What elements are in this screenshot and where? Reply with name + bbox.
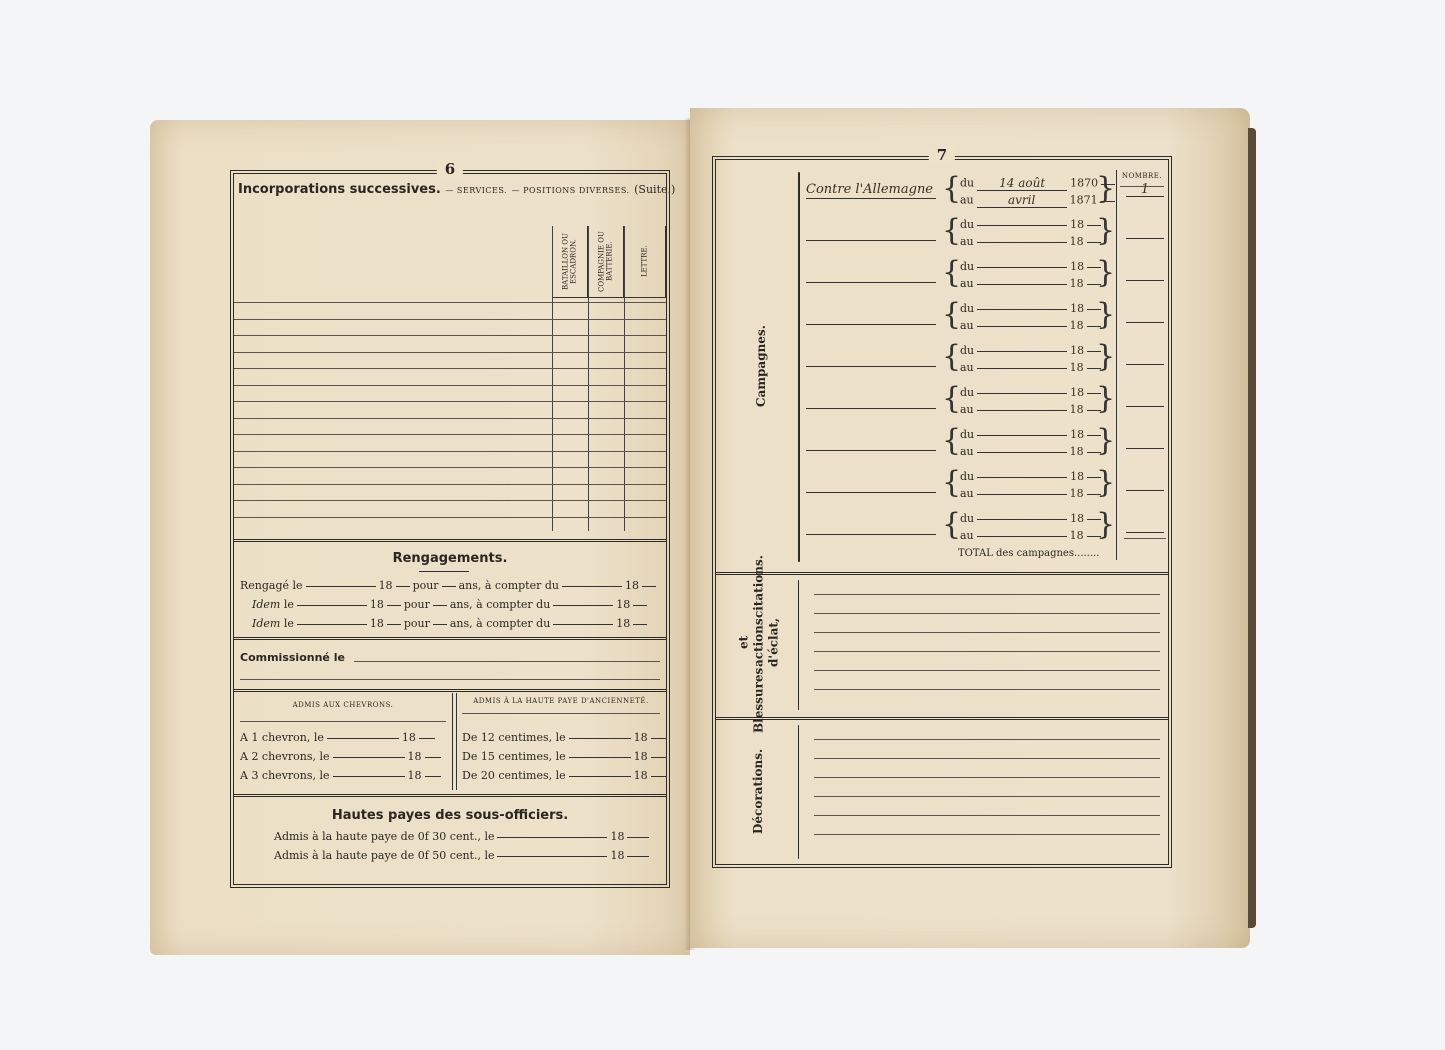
campaign-au-date-field[interactable] (977, 452, 1067, 453)
campaign-au-date-field[interactable] (977, 410, 1067, 411)
decorations-label: Décorations. (738, 723, 778, 859)
campaign-au-date-field[interactable] (977, 536, 1067, 537)
left-brace-icon: { (942, 300, 961, 330)
campaign-du-date-field[interactable] (977, 393, 1067, 394)
right-brace-icon: } (1096, 258, 1115, 288)
cover-edge (1248, 128, 1256, 928)
incorporations-title: Incorporations successives. — SERVICES. … (238, 182, 675, 197)
campaign-au-row: au18 (960, 529, 1104, 542)
chevrons-year-field[interactable] (419, 737, 435, 739)
left-brace-icon: { (942, 468, 961, 498)
campaign-au-date-field[interactable] (977, 242, 1067, 243)
campaign-du-date-field[interactable]: 14 août (977, 176, 1067, 191)
campaign-au-year[interactable]: 18 (1070, 319, 1084, 332)
blessures-line[interactable] (814, 651, 1160, 652)
blessures-label: Blessures et actions d'éclat, citations. (728, 578, 790, 710)
left-brace-icon: { (942, 216, 961, 246)
hautes-payes-year-field[interactable] (627, 855, 649, 857)
rengagements-section: Rengagements. Rengagé le18pourans, à com… (234, 539, 666, 640)
total-campagnes-field[interactable] (1124, 538, 1166, 539)
campaign-name-field[interactable] (806, 434, 936, 451)
campaign-name-field[interactable] (806, 266, 936, 283)
haute_paye_anciennete-row: De 15 centimes, le18 (462, 750, 670, 763)
decorations-line[interactable] (814, 758, 1160, 759)
right-brace-icon: } (1096, 300, 1115, 330)
campaign-du-row: du18 (960, 260, 1104, 273)
chevrons-section: ADMIS AUX CHEVRONS. ADMIS À LA HAUTE PAY… (234, 689, 666, 797)
campaign-au-row: auavril1871 (960, 193, 1118, 208)
chevrons-date-field[interactable] (333, 775, 405, 777)
campaign-du-row: du14 août1870 (960, 176, 1118, 191)
rengagement-row: Idem le18pourans, à compter du18 (240, 617, 650, 630)
column-header-compagnie: COMPAGNIE ou batterie. (588, 226, 624, 298)
rengagement-years-field[interactable] (433, 604, 447, 606)
rengagement-date-field[interactable] (297, 604, 367, 606)
rengagement-year-field[interactable] (387, 623, 401, 625)
left-brace-icon: { (942, 258, 961, 288)
rengagement-year-field[interactable] (396, 585, 410, 587)
decorations-line[interactable] (814, 815, 1160, 816)
blessures-line[interactable] (814, 613, 1160, 614)
campaign-name-field[interactable] (806, 224, 936, 241)
rengagement-from-year-field[interactable] (642, 585, 656, 587)
campaign-au-date-field[interactable] (977, 494, 1067, 495)
campaign-du-date-field[interactable] (977, 309, 1067, 310)
campaign-du-year[interactable]: 18 (1070, 218, 1084, 231)
rengagement-row: Idem le18pourans, à compter du18 (240, 598, 650, 611)
campaign-au-row: au18 (960, 277, 1104, 290)
campaign-count-field[interactable] (1126, 476, 1164, 491)
campagnes-label: Campagnes. (726, 160, 796, 572)
left-brace-icon: { (942, 174, 961, 204)
campaign-au-row: au18 (960, 445, 1104, 458)
table-row[interactable] (234, 302, 666, 303)
campaign-du-row: du18 (960, 344, 1104, 357)
chevrons-date-field[interactable] (333, 756, 405, 758)
campaign-name-field[interactable] (806, 476, 936, 493)
haute-paye-anciennete-title: ADMIS À LA HAUTE PAYE D'ANCIENNETÉ. (456, 697, 666, 705)
rengagement-label: Idem (252, 617, 280, 630)
campaign-au-row: au18 (960, 487, 1104, 500)
campagnes-bracket (798, 172, 800, 562)
campaign-au-year[interactable]: 1871 (1070, 194, 1098, 207)
campaign-du-date-field[interactable] (977, 225, 1067, 226)
left-brace-icon: { (942, 426, 961, 456)
rengagement-from-field[interactable] (553, 604, 613, 606)
campaign-du-year[interactable]: 18 (1070, 344, 1084, 357)
haute_paye_anciennete-row: De 12 centimes, le18 (462, 731, 670, 744)
campaign-count-field[interactable] (1126, 518, 1164, 533)
table-row[interactable] (234, 418, 666, 419)
decorations-line[interactable] (814, 777, 1160, 778)
campaign-au-row: au18 (960, 361, 1104, 374)
left-brace-icon: { (942, 342, 961, 372)
blessures-line[interactable] (814, 594, 1160, 595)
rengagement-from-year-field[interactable] (633, 623, 647, 625)
hautes-payes-row: Admis à la haute paye de 0f 30 cent., le… (274, 830, 652, 843)
haute_paye_anciennete-year-field[interactable] (651, 775, 667, 777)
table-row[interactable] (234, 335, 666, 336)
commissionne-field[interactable] (354, 661, 660, 662)
decorations-section: Décorations. (716, 717, 1168, 865)
campaign-du-row: du18 (960, 470, 1104, 483)
campaign-count-field[interactable] (1126, 266, 1164, 281)
campaign-du-row: du18 (960, 512, 1104, 525)
rengagement-row: Rengagé le18pourans, à compter du18 (240, 579, 659, 592)
left-brace-icon: { (942, 510, 961, 540)
decorations-line[interactable] (814, 834, 1160, 835)
campaign-du-date-field[interactable] (977, 519, 1067, 520)
haute_paye_anciennete-row: De 20 centimes, le18 (462, 769, 670, 782)
hautes-payes-date-field[interactable] (497, 855, 607, 857)
rengagement-from-field[interactable] (553, 623, 613, 625)
incorporations-section: Incorporations successives. — SERVICES. … (234, 174, 666, 542)
rengagement-year-field[interactable] (387, 604, 401, 606)
chevrons-row: A 1 chevron, le18 (240, 731, 438, 744)
haute_paye_anciennete-year-field[interactable] (651, 756, 667, 758)
left-page-frame: 6 Incorporations successives. — SERVICES… (230, 170, 670, 888)
campaign-du-row: du18 (960, 302, 1104, 315)
campaign-au-year[interactable]: 18 (1070, 361, 1084, 374)
campaign-count-field[interactable] (1126, 350, 1164, 365)
chevrons-date-field[interactable] (327, 737, 399, 739)
right-brace-icon: } (1096, 468, 1115, 498)
haute_paye_anciennete-year-field[interactable] (651, 737, 667, 739)
haute_paye_anciennete-date-field[interactable] (569, 775, 631, 777)
column-header-lettre: LETTRE. (624, 226, 666, 298)
campaign-du-year[interactable]: 18 (1070, 470, 1084, 483)
chevrons-title: ADMIS AUX CHEVRONS. (234, 701, 452, 709)
right-brace-icon: } (1096, 342, 1115, 372)
right-brace-icon: } (1096, 384, 1115, 414)
right-brace-icon: } (1096, 426, 1115, 456)
table-row[interactable] (234, 434, 666, 435)
campagnes-section: Campagnes. NOMBRE. Contre l'Allemagne{du… (716, 160, 1168, 575)
blessures-section: Blessures et actions d'éclat, citations. (716, 572, 1168, 720)
right-page-frame: 7 Campagnes. NOMBRE. Contre l'Allemagne{… (712, 156, 1172, 868)
campaign-du-year[interactable]: 18 (1070, 302, 1084, 315)
campaign-name-field[interactable]: Contre l'Allemagne (806, 182, 936, 199)
table-row[interactable] (234, 500, 666, 501)
rengagement-date-field[interactable] (297, 623, 367, 625)
campaign-name-field[interactable] (806, 350, 936, 367)
column-header-bataillon: BATAILLON ou escadron. (552, 226, 588, 298)
rengagement-label: Idem (252, 598, 280, 611)
campaign-au-row: au18 (960, 403, 1104, 416)
campaign-count-field[interactable]: 1 (1126, 182, 1164, 197)
chevrons-row: A 3 chevrons, le18 (240, 769, 444, 782)
table-row[interactable] (234, 319, 666, 320)
rengagement-years-field[interactable] (433, 623, 447, 625)
blessures-line[interactable] (814, 670, 1160, 671)
campaign-au-year[interactable]: 18 (1070, 529, 1084, 542)
rengagement-from-field[interactable] (562, 585, 622, 587)
campaign-name-field[interactable] (806, 518, 936, 535)
decorations-line[interactable] (814, 739, 1160, 740)
haute_paye_anciennete-date-field[interactable] (569, 737, 631, 739)
campaign-du-date-field[interactable] (977, 477, 1067, 478)
campaign-au-year[interactable]: 18 (1070, 235, 1084, 248)
rengagement-years-field[interactable] (442, 585, 456, 587)
campaign-du-year[interactable]: 18 (1070, 260, 1084, 273)
blessures-line[interactable] (814, 689, 1160, 690)
campaign-du-year[interactable]: 18 (1070, 386, 1084, 399)
decorations-line[interactable] (814, 796, 1160, 797)
campaign-du-date-field[interactable] (977, 267, 1067, 268)
table-row[interactable] (234, 467, 666, 468)
chevrons-year-field[interactable] (425, 756, 441, 758)
campaign-au-year[interactable]: 18 (1070, 403, 1084, 416)
chevrons-row: A 2 chevrons, le18 (240, 750, 444, 763)
table-row[interactable] (234, 385, 666, 386)
campaign-count-field[interactable] (1126, 434, 1164, 449)
campaign-du-date-field[interactable] (977, 435, 1067, 436)
campaign-du-year[interactable]: 18 (1070, 428, 1084, 441)
right-brace-icon: } (1096, 216, 1115, 246)
commissionne-section: Commissionné le (234, 637, 666, 692)
campaign-count-field[interactable] (1126, 224, 1164, 239)
table-row[interactable] (234, 451, 666, 452)
nombre-header: NOMBRE. (1118, 172, 1166, 180)
right-page: 7 Campagnes. NOMBRE. Contre l'Allemagne{… (690, 108, 1250, 948)
campaign-du-date-field[interactable] (977, 351, 1067, 352)
rengagement-date-field[interactable] (306, 585, 376, 587)
chevrons-year-field[interactable] (425, 775, 441, 777)
left-page: 6 Incorporations successives. — SERVICES… (150, 120, 690, 955)
campaign-name-field[interactable] (806, 392, 936, 409)
campaign-au-row: au18 (960, 319, 1104, 332)
rengagement-label: Rengagé (240, 579, 289, 592)
campaign-name-field[interactable] (806, 308, 936, 325)
total-campagnes-label: TOTAL des campagnes........ (958, 548, 1099, 559)
hautes-payes-year-field[interactable] (627, 836, 649, 838)
campaign-du-year[interactable]: 1870 (1070, 177, 1098, 190)
table-row[interactable] (234, 368, 666, 369)
campaign-au-row: au18 (960, 235, 1104, 248)
campaign-du-row: du18 (960, 386, 1104, 399)
campaign-du-row: du18 (960, 218, 1104, 231)
campaign-au-date-field[interactable] (977, 284, 1067, 285)
campaign-au-year[interactable]: 18 (1070, 445, 1084, 458)
right-brace-icon: } (1096, 510, 1115, 540)
table-row[interactable] (234, 352, 666, 353)
table-row[interactable] (234, 517, 666, 518)
hautes-payes-row: Admis à la haute paye de 0f 50 cent., le… (274, 849, 652, 862)
campaign-au-date-field[interactable] (977, 368, 1067, 369)
rengagement-from-year-field[interactable] (633, 604, 647, 606)
right-brace-icon: } (1096, 174, 1115, 204)
campaign-au-date-field[interactable]: avril (977, 193, 1067, 208)
rengagements-title: Rengagements. (234, 551, 666, 566)
campaign-au-date-field[interactable] (977, 326, 1067, 327)
hautes-payes-section: Hautes payes des sous-officiers. Admis à… (234, 794, 666, 884)
campaign-au-year[interactable]: 18 (1070, 277, 1084, 290)
campaign-count-field[interactable] (1126, 392, 1164, 407)
blessures-line[interactable] (814, 632, 1160, 633)
haute_paye_anciennete-date-field[interactable] (569, 756, 631, 758)
campaign-du-year[interactable]: 18 (1070, 512, 1084, 525)
table-row[interactable] (234, 401, 666, 402)
hautes-payes-date-field[interactable] (497, 836, 607, 838)
table-row[interactable] (234, 484, 666, 485)
commissionne-label: Commissionné le (240, 651, 345, 664)
campaign-count-field[interactable] (1126, 308, 1164, 323)
campaign-du-row: du18 (960, 428, 1104, 441)
left-brace-icon: { (942, 384, 961, 414)
hautes-payes-title: Hautes payes des sous-officiers. (234, 808, 666, 823)
campaign-au-year[interactable]: 18 (1070, 487, 1084, 500)
